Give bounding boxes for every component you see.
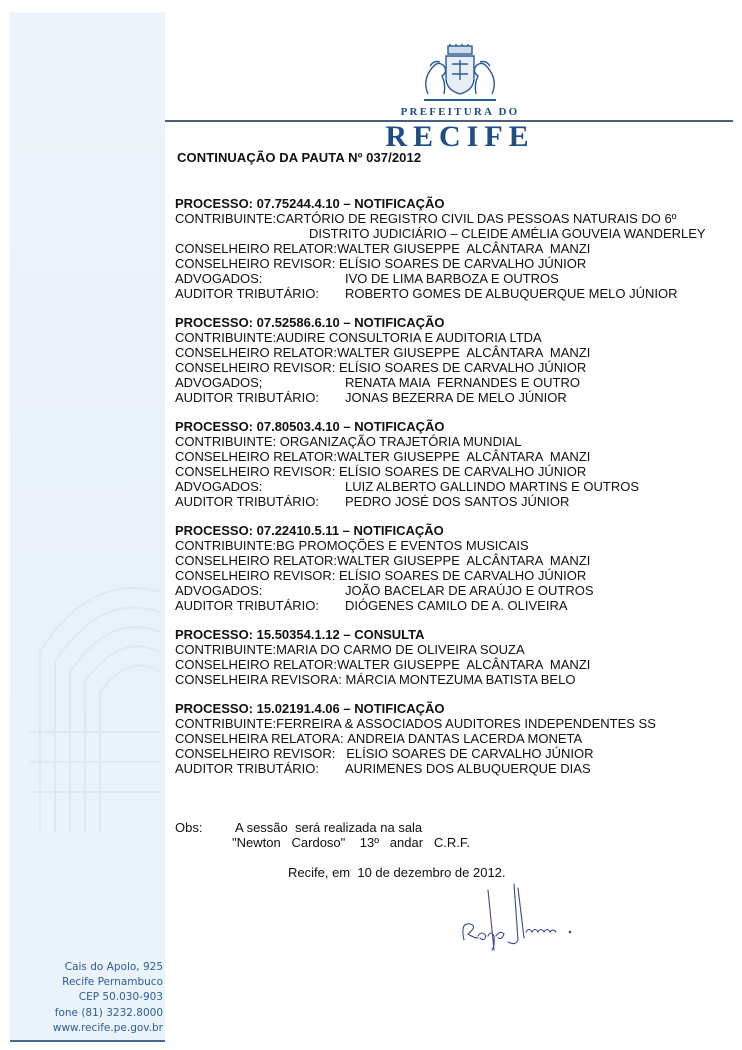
- field-value: MÁRCIA MONTEZUMA BATISTA BELO: [346, 672, 576, 687]
- process-field: ADVOGADOS:IVO DE LIMA BARBOZA E OUTROS: [175, 271, 735, 286]
- field-value: ELÍSIO SOARES DE CARVALHO JÚNIOR: [339, 256, 586, 271]
- field-value: BG PROMOÇÕES E EVENTOS MUSICAIS: [276, 538, 529, 553]
- obs-line-1: A sessão será realizada na sala: [235, 820, 422, 835]
- process-field: CONSELHEIRO RELATOR:WALTER GIUSEPPE ALCÂ…: [175, 449, 735, 464]
- field-value: JONAS BEZERRA DE MELO JÚNIOR: [345, 390, 567, 405]
- footer-address: Cais do Apolo, 925 Recife Pernambuco CEP…: [10, 960, 165, 1036]
- process-field: CONTRIBUINTE:FERREIRA & ASSOCIADOS AUDIT…: [175, 716, 735, 731]
- field-label: CONSELHEIRO REVISOR:: [175, 568, 339, 583]
- field-value: IVO DE LIMA BARBOZA E OUTROS: [345, 271, 559, 286]
- field-label: ADVOGADOS:: [175, 583, 345, 598]
- field-label: CONSELHEIRA REVISORA:: [175, 672, 346, 687]
- process-block: PROCESSO: 07.22410.5.11 – NOTIFICAÇÃOCON…: [175, 523, 735, 613]
- field-value: DIÓGENES CAMILO DE A. OLIVEIRA: [345, 598, 568, 613]
- field-label: CONSELHEIRO REVISOR:: [175, 746, 346, 761]
- process-field: CONTRIBUINTE:MARIA DO CARMO DE OLIVEIRA …: [175, 642, 735, 657]
- field-label: ADVOGADOS:: [175, 271, 345, 286]
- process-block: PROCESSO: 07.52586.6.10 – NOTIFICAÇÃOCON…: [175, 315, 735, 405]
- process-title: PROCESSO: 07.22410.5.11 – NOTIFICAÇÃO: [175, 523, 735, 538]
- field-label: CONSELHEIRO REVISOR:: [175, 464, 339, 479]
- field-label: AUDITOR TRIBUTÁRIO:: [175, 494, 345, 509]
- field-label: CONSELHEIRO REVISOR:: [175, 360, 339, 375]
- field-label: ADVOGADOS:: [175, 479, 345, 494]
- process-field: CONSELHEIRO REVISOR: ELÍSIO SOARES DE CA…: [175, 256, 735, 271]
- org-line: PREFEITURA DO: [400, 106, 520, 118]
- field-label: AUDITOR TRIBUTÁRIO:: [175, 761, 345, 776]
- process-field: CONSELHEIRO REVISOR: ELÍSIO SOARES DE CA…: [175, 464, 735, 479]
- sidebar-bottom-rule: [10, 1040, 165, 1042]
- process-field: CONTRIBUINTE:CARTÓRIO DE REGISTRO CIVIL …: [175, 211, 735, 226]
- address-phone: fone (81) 3232.8000: [10, 1006, 163, 1021]
- observation: Obs:A sessão será realizada na sala "New…: [175, 820, 470, 850]
- field-value: ELÍSIO SOARES DE CARVALHO JÚNIOR: [346, 746, 593, 761]
- field-label: AUDITOR TRIBUTÁRIO:: [175, 286, 345, 301]
- obs-line-2: "Newton Cardoso" 13º andar C.R.F.: [175, 835, 470, 850]
- field-value: LUIZ ALBERTO GALLINDO MARTINS E OUTROS: [345, 479, 639, 494]
- process-title: PROCESSO: 15.50354.1.12 – CONSULTA: [175, 627, 735, 642]
- field-value: PEDRO JOSÉ DOS SANTOS JÚNIOR: [345, 494, 569, 509]
- field-label: CONSELHEIRO REVISOR:: [175, 256, 339, 271]
- field-value: JOÃO BACELAR DE ARAÚJO E OUTROS: [345, 583, 594, 598]
- field-value: CARTÓRIO DE REGISTRO CIVIL DAS PESSOAS N…: [276, 211, 676, 226]
- process-field: AUDITOR TRIBUTÁRIO:JONAS BEZERRA DE MELO…: [175, 390, 735, 405]
- field-label: CONSELHEIRO RELATOR:: [175, 449, 337, 464]
- process-field: CONTRIBUINTE:BG PROMOÇÕES E EVENTOS MUSI…: [175, 538, 735, 553]
- process-field: CONSELHEIRO RELATOR:WALTER GIUSEPPE ALCÂ…: [175, 241, 735, 256]
- handwritten-signature-icon: [452, 880, 602, 955]
- field-label: CONTRIBUINTE:: [175, 330, 276, 345]
- field-label: CONTRIBUINTE:: [175, 642, 276, 657]
- field-value: WALTER GIUSEPPE ALCÂNTARA MANZI: [337, 241, 590, 256]
- process-title: PROCESSO: 07.52586.6.10 – NOTIFICAÇÃO: [175, 315, 735, 330]
- address-website: www.recife.pe.gov.br: [10, 1021, 163, 1036]
- field-value: WALTER GIUSEPPE ALCÂNTARA MANZI: [337, 449, 590, 464]
- field-label: AUDITOR TRIBUTÁRIO:: [175, 390, 345, 405]
- letterhead-sidebar: Cais do Apolo, 925 Recife Pernambuco CEP…: [10, 12, 165, 1042]
- field-value: ANDREIA DANTAS LACERDA MONETA: [347, 731, 582, 746]
- field-label: CONTRIBUINTE:: [175, 716, 276, 731]
- field-value: AUDIRE CONSULTORIA E AUDITORIA LTDA: [276, 330, 542, 345]
- process-field: CONSELHEIRO RELATOR:WALTER GIUSEPPE ALCÂ…: [175, 345, 735, 360]
- scan-edge: [0, 0, 10, 1050]
- process-field: AUDITOR TRIBUTÁRIO:AURIMENES DOS ALBUQUE…: [175, 761, 735, 776]
- org-name-logo: RECIFE: [380, 120, 540, 154]
- process-field: AUDITOR TRIBUTÁRIO:PEDRO JOSÉ DOS SANTOS…: [175, 494, 735, 509]
- process-field: CONSELHEIRA REVISORA: MÁRCIA MONTEZUMA B…: [175, 672, 735, 687]
- field-label: AUDITOR TRIBUTÁRIO:: [175, 598, 345, 613]
- process-field: CONSELHEIRO REVISOR: ELÍSIO SOARES DE CA…: [175, 360, 735, 375]
- field-value: WALTER GIUSEPPE ALCÂNTARA MANZI: [337, 657, 590, 672]
- field-label: CONTRIBUINTE:: [175, 434, 280, 449]
- field-value: RENATA MAIA FERNANDES E OUTRO: [345, 375, 580, 390]
- field-label: CONSELHEIRA RELATORA:: [175, 731, 347, 746]
- field-value: WALTER GIUSEPPE ALCÂNTARA MANZI: [337, 553, 590, 568]
- field-label: CONTRIBUINTE:: [175, 538, 276, 553]
- process-title: PROCESSO: 07.75244.4.10 – NOTIFICAÇÃO: [175, 196, 735, 211]
- process-field: ADVOGADOS;RENATA MAIA FERNANDES E OUTRO: [175, 375, 735, 390]
- page-title: CONTINUAÇÃO DA PAUTA Nº 037/2012: [177, 150, 421, 165]
- address-street: Cais do Apolo, 925: [10, 960, 163, 975]
- field-label: CONTRIBUINTE:: [175, 211, 276, 226]
- process-field: ADVOGADOS:JOÃO BACELAR DE ARAÚJO E OUTRO…: [175, 583, 735, 598]
- field-label: CONSELHEIRO RELATOR:: [175, 345, 337, 360]
- process-field: CONSELHEIRO RELATOR:WALTER GIUSEPPE ALCÂ…: [175, 657, 735, 672]
- process-field-continuation: DISTRITO JUDICIÁRIO – CLEIDE AMÉLIA GOUV…: [175, 226, 735, 241]
- field-value: FERREIRA & ASSOCIADOS AUDITORES INDEPEND…: [276, 716, 656, 731]
- process-field: CONTRIBUINTE: ORGANIZAÇÃO TRAJETÓRIA MUN…: [175, 434, 735, 449]
- field-label: ADVOGADOS;: [175, 375, 345, 390]
- field-value: MARIA DO CARMO DE OLIVEIRA SOUZA: [276, 642, 525, 657]
- field-value: ORGANIZAÇÃO TRAJETÓRIA MUNDIAL: [280, 434, 522, 449]
- field-value: ELÍSIO SOARES DE CARVALHO JÚNIOR: [339, 568, 586, 583]
- process-title: PROCESSO: 15.02191.4.06 – NOTIFICAÇÃO: [175, 701, 735, 716]
- coat-of-arms-icon: [418, 44, 502, 104]
- process-list: PROCESSO: 07.75244.4.10 – NOTIFICAÇÃOCON…: [175, 196, 735, 790]
- process-block: PROCESSO: 07.80503.4.10 – NOTIFICAÇÃOCON…: [175, 419, 735, 509]
- process-field: CONSELHEIRO REVISOR: ELÍSIO SOARES DE CA…: [175, 568, 735, 583]
- field-value: ELÍSIO SOARES DE CARVALHO JÚNIOR: [339, 360, 586, 375]
- field-value: DISTRITO JUDICIÁRIO – CLEIDE AMÉLIA GOUV…: [309, 226, 706, 241]
- process-field: ADVOGADOS:LUIZ ALBERTO GALLINDO MARTINS …: [175, 479, 735, 494]
- process-field: CONSELHEIRO REVISOR: ELÍSIO SOARES DE CA…: [175, 746, 735, 761]
- process-block: PROCESSO: 07.75244.4.10 – NOTIFICAÇÃOCON…: [175, 196, 735, 301]
- address-city: Recife Pernambuco: [10, 975, 163, 990]
- date-line: Recife, em 10 de dezembro de 2012.: [288, 865, 506, 880]
- process-field: AUDITOR TRIBUTÁRIO:DIÓGENES CAMILO DE A.…: [175, 598, 735, 613]
- process-block: PROCESSO: 15.50354.1.12 – CONSULTACONTRI…: [175, 627, 735, 687]
- process-field: CONTRIBUINTE:AUDIRE CONSULTORIA E AUDITO…: [175, 330, 735, 345]
- field-value: AURIMENES DOS ALBUQUERQUE DIAS: [345, 761, 591, 776]
- field-value: WALTER GIUSEPPE ALCÂNTARA MANZI: [337, 345, 590, 360]
- obs-label: Obs:: [175, 820, 235, 835]
- process-field: AUDITOR TRIBUTÁRIO:ROBERTO GOMES DE ALBU…: [175, 286, 735, 301]
- field-label: CONSELHEIRO RELATOR:: [175, 241, 337, 256]
- field-label: CONSELHEIRO RELATOR:: [175, 657, 337, 672]
- field-value: ELÍSIO SOARES DE CARVALHO JÚNIOR: [339, 464, 586, 479]
- process-field: CONSELHEIRO RELATOR:WALTER GIUSEPPE ALCÂ…: [175, 553, 735, 568]
- process-title: PROCESSO: 07.80503.4.10 – NOTIFICAÇÃO: [175, 419, 735, 434]
- address-cep: CEP 50.030-903: [10, 990, 163, 1005]
- building-watermark-icon: [20, 532, 165, 832]
- process-field: CONSELHEIRA RELATORA: ANDREIA DANTAS LAC…: [175, 731, 735, 746]
- field-label: CONSELHEIRO RELATOR:: [175, 553, 337, 568]
- field-value: ROBERTO GOMES DE ALBUQUERQUE MELO JÚNIOR: [345, 286, 678, 301]
- process-block: PROCESSO: 15.02191.4.06 – NOTIFICAÇÃOCON…: [175, 701, 735, 776]
